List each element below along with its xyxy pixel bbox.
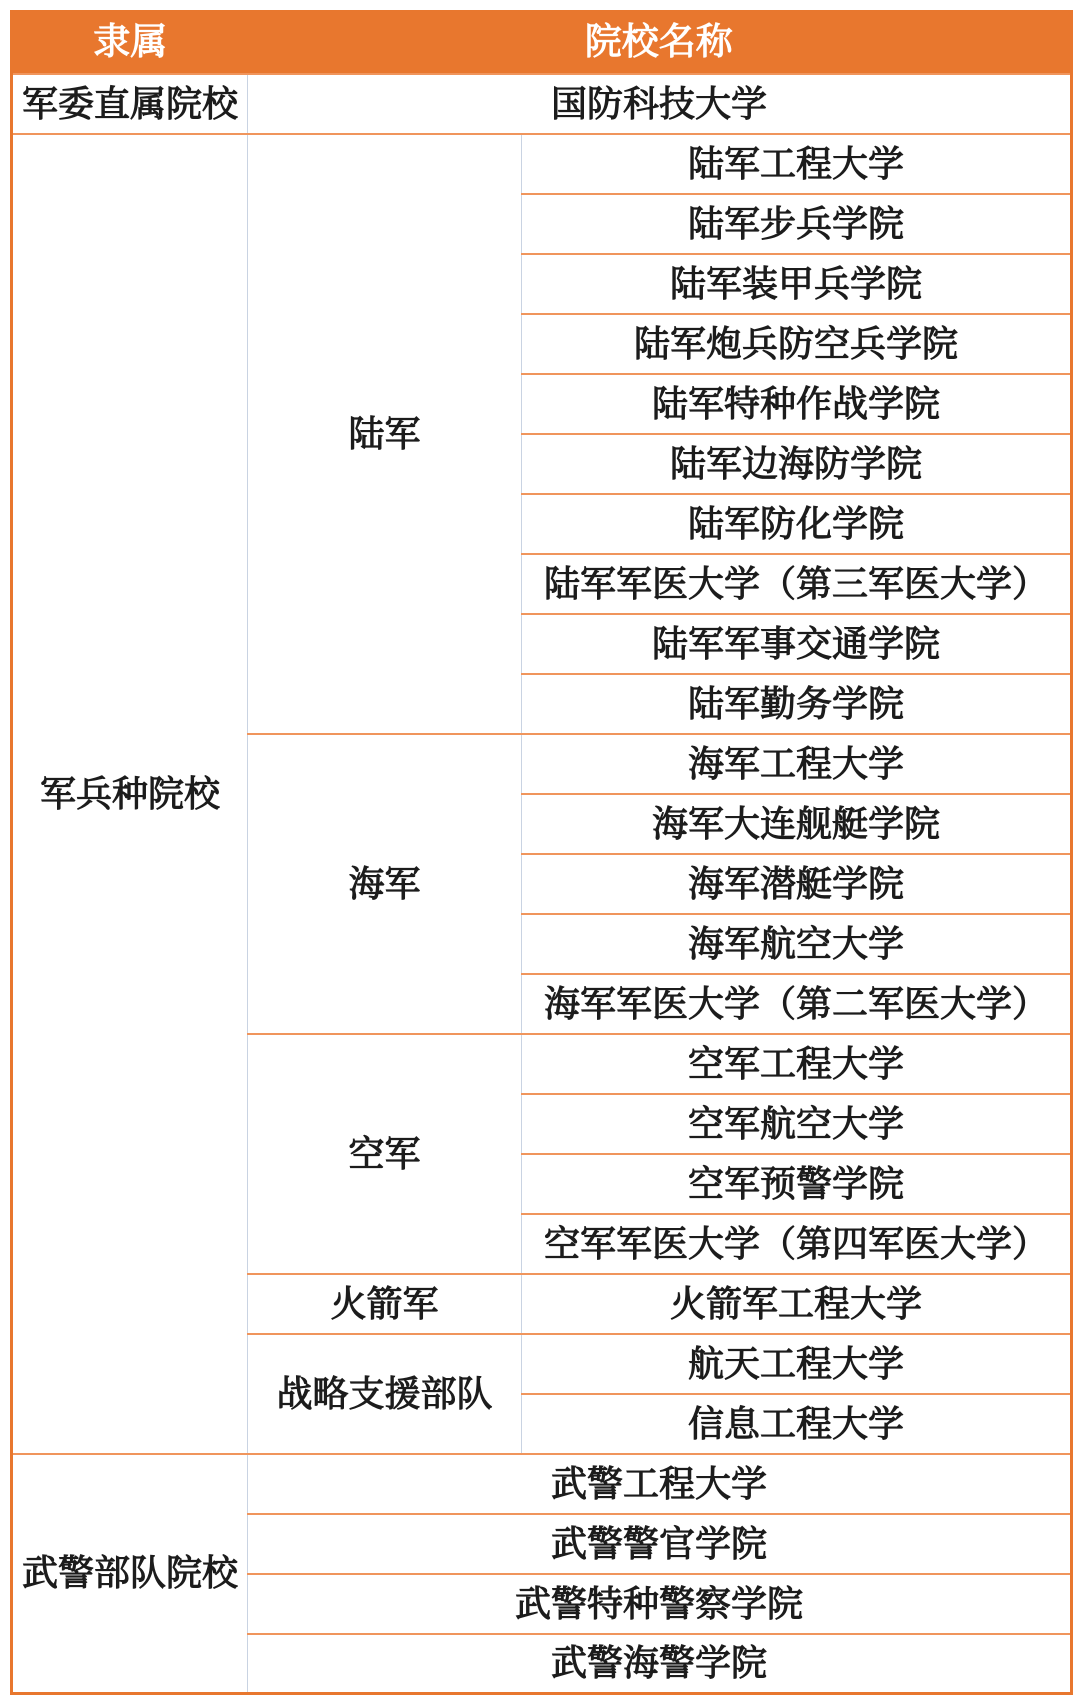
table-header-row: 隶属 院校名称 (12, 12, 1072, 74)
school-cell: 武警工程大学 (248, 1454, 1072, 1514)
table-row: 武警部队院校 武警工程大学 (12, 1454, 1072, 1514)
school-cell: 海军军医大学（第二军医大学） (522, 974, 1072, 1034)
header-school-name-cell: 院校名称 (248, 12, 1072, 74)
table-row: 军委直属院校 国防科技大学 (12, 74, 1072, 134)
school-cell: 国防科技大学 (248, 74, 1072, 134)
school-cell: 空军军医大学（第四军医大学） (522, 1214, 1072, 1274)
school-cell: 火箭军工程大学 (522, 1274, 1072, 1334)
school-cell: 陆军勤务学院 (522, 674, 1072, 734)
military-academies-table: 隶属 院校名称 军委直属院校 国防科技大学 军兵种院校 陆军 陆军工程大学 陆军… (10, 10, 1073, 1695)
branch-cell: 空军 (248, 1034, 522, 1274)
school-cell: 海军大连舰艇学院 (522, 794, 1072, 854)
affiliation-cell: 军兵种院校 (12, 134, 248, 1454)
school-cell: 空军航空大学 (522, 1094, 1072, 1154)
school-cell: 陆军装甲兵学院 (522, 254, 1072, 314)
school-cell: 陆军特种作战学院 (522, 374, 1072, 434)
school-cell: 航天工程大学 (522, 1334, 1072, 1394)
school-cell: 陆军炮兵防空兵学院 (522, 314, 1072, 374)
school-cell: 武警特种警察学院 (248, 1574, 1072, 1634)
school-cell: 陆军军医大学（第三军医大学） (522, 554, 1072, 614)
school-cell: 空军工程大学 (522, 1034, 1072, 1094)
school-cell: 海军航空大学 (522, 914, 1072, 974)
school-cell: 陆军防化学院 (522, 494, 1072, 554)
school-cell: 海军潜艇学院 (522, 854, 1072, 914)
school-cell: 陆军步兵学院 (522, 194, 1072, 254)
school-cell: 海军工程大学 (522, 734, 1072, 794)
branch-cell: 陆军 (248, 134, 522, 734)
school-cell: 空军预警学院 (522, 1154, 1072, 1214)
affiliation-cell: 武警部队院校 (12, 1454, 248, 1694)
branch-cell: 战略支援部队 (248, 1334, 522, 1454)
table-row: 军兵种院校 陆军 陆军工程大学 (12, 134, 1072, 194)
school-cell: 武警海警学院 (248, 1634, 1072, 1694)
school-cell: 武警警官学院 (248, 1514, 1072, 1574)
affiliation-cell: 军委直属院校 (12, 74, 248, 134)
branch-cell: 海军 (248, 734, 522, 1034)
school-cell: 陆军军事交通学院 (522, 614, 1072, 674)
branch-cell: 火箭军 (248, 1274, 522, 1334)
school-cell: 信息工程大学 (522, 1394, 1072, 1454)
school-cell: 陆军工程大学 (522, 134, 1072, 194)
school-cell: 陆军边海防学院 (522, 434, 1072, 494)
header-affiliation-cell: 隶属 (12, 12, 248, 74)
